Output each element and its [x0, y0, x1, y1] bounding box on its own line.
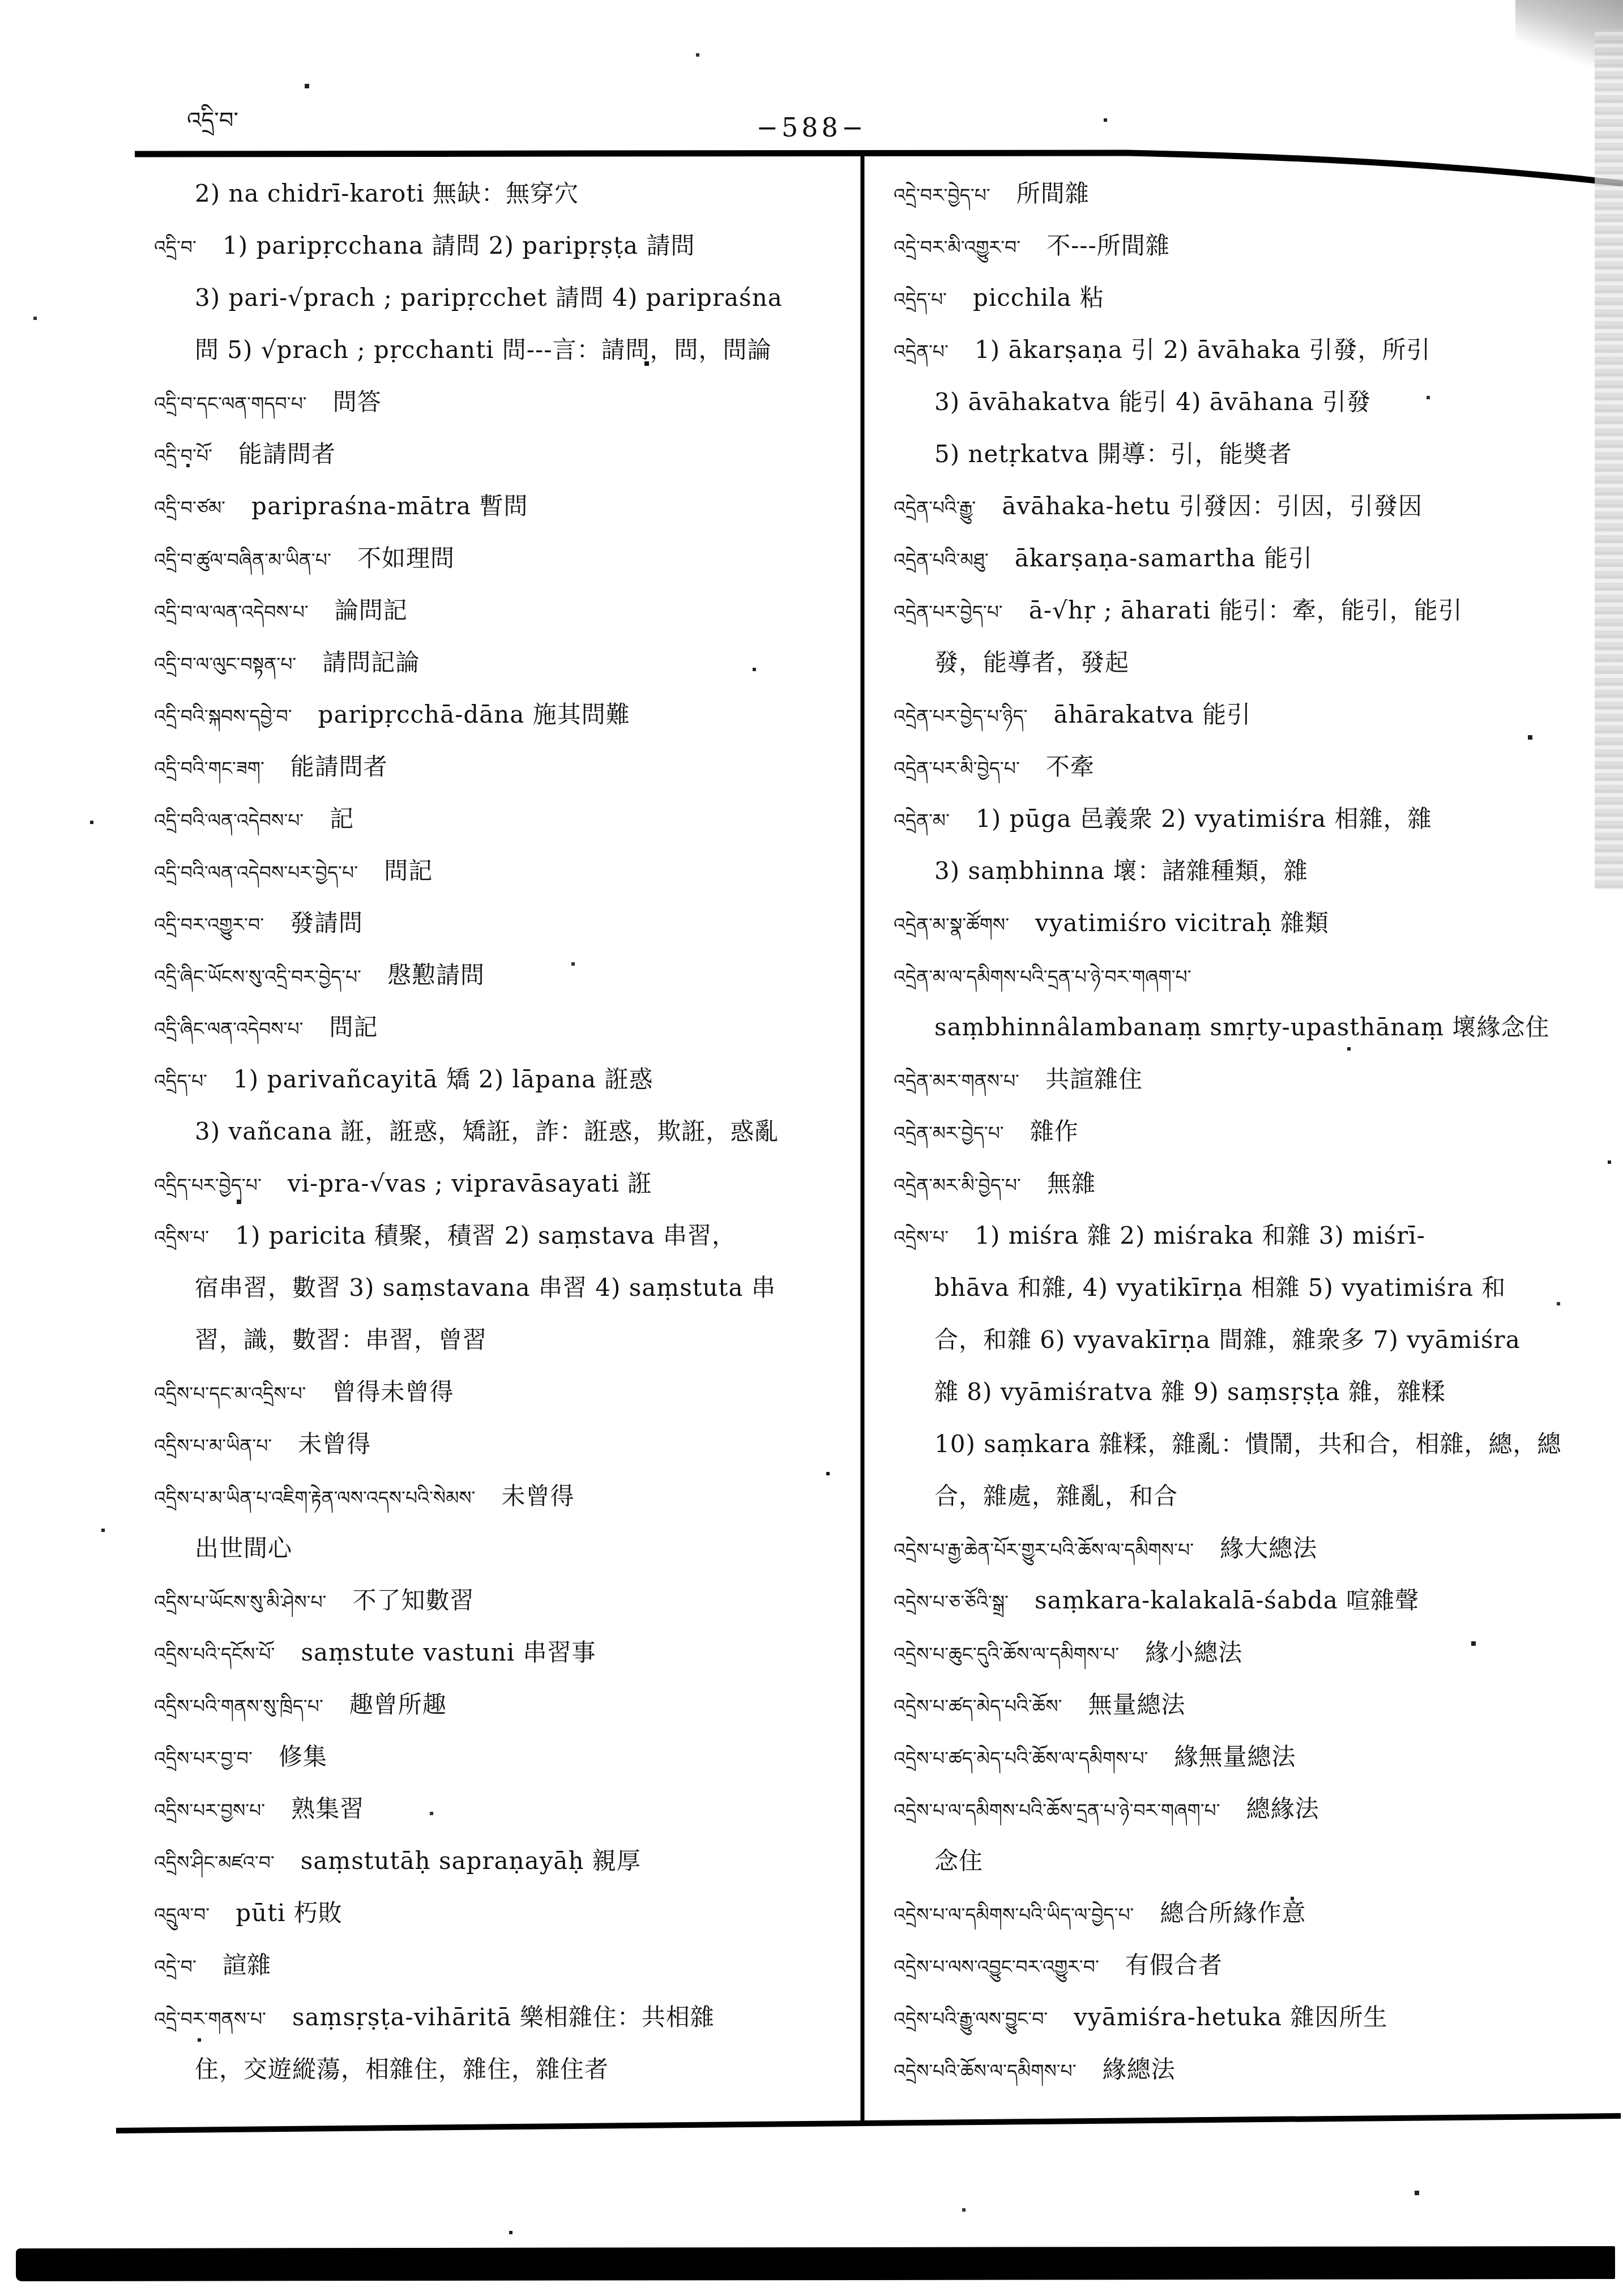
- tibetan-headword: འདྲེས་པ་རྒྱ་ཆེན་པོར་གྱུར་པའི་ཆོས་ལ་དམིགས…: [894, 1539, 1194, 1561]
- entry-line: འདྲེས་པའི་རྒྱུ་ལས་བྱུང་བ་vyāmiśra-hetuka…: [894, 1991, 1616, 2043]
- gloss-text: 1) ākarṣaṇa 引 2) āvāhaka 引發，所引: [975, 336, 1431, 364]
- tibetan-headword: འདྲེས་པ་ལས་འབྱུང་བར་འགྱུར་བ་: [894, 1956, 1099, 1978]
- gloss-text: 雜作: [1030, 1117, 1079, 1145]
- gloss-text: 未曾得: [502, 1482, 575, 1510]
- tibetan-headword: འདྲུལ་བ་: [154, 1904, 210, 1926]
- gloss-text: 5) netṛkatva 開導：引，能奬者: [934, 440, 1292, 468]
- tibetan-headword: འདྲི་བའི་གང་ཟག་: [154, 757, 264, 779]
- tibetan-headword: འདྲིས་པ་ཡོངས་སུ་མི་ཤེས་པ་: [154, 1591, 327, 1613]
- tibetan-headword: འདྲི་བའི་ལན་འདེབས་པར་བྱེད་པ་: [154, 861, 358, 884]
- tibetan-headword: འདྲེན་པའི་མཐུ་: [894, 549, 989, 571]
- entry-line: འདྲུལ་བ་pūti 朽敗: [154, 1887, 853, 1939]
- gloss-text: 出世間心: [195, 1534, 292, 1562]
- dictionary-page: འདྲི་བ་ −588− 2) na chidrī-karoti 無缺：無穿穴…: [0, 0, 1623, 2296]
- entry-line: འདྲིས་པ་1) paricita 積聚，積習 2) saṃstava 串習…: [154, 1210, 853, 1262]
- gloss-text: 緣總法: [1103, 2055, 1176, 2083]
- entry-line: འདྲེ་བར་བྱེད་པ་所間雜: [894, 168, 1616, 220]
- entry-line: འདྲེས་པ་ལ་དམིགས་པའི་ཡིད་ལ་བྱེད་པ་總合所緣作意: [894, 1887, 1616, 1939]
- entry-line: འདྲི་བ་ཙམ་paripraśna-mātra 暫問: [154, 480, 853, 532]
- tibetan-headword: འདྲི་བ་དང་ལན་གདབ་པ་: [154, 392, 307, 415]
- tibetan-headword: འདྲེན་པར་བྱེད་པ་ཉིད་: [894, 705, 1027, 727]
- gloss-text: 不了知數習: [353, 1586, 475, 1614]
- entry-line: 3) saṃbhinna 壞：諸雜種類，雜: [894, 845, 1616, 897]
- entry-line: 3) āvāhakatva 能引 4) āvāhana 引發: [894, 376, 1616, 428]
- tibetan-headword: འདྲིས་པར་བྱ་བ་: [154, 1747, 253, 1769]
- entry-line: འདྲི་བའི་སྐབས་དབྱེ་བ་paripṛcchā-dāna 施其問…: [154, 689, 853, 741]
- tibetan-headword: འདྲི་བ་ལ་ལན་འདེབས་པ་: [154, 601, 309, 623]
- entry-line: 合，和雜 6) vyavakīrṇa 間雜，雜衆多 7) vyāmiśra: [894, 1314, 1616, 1366]
- tibetan-headword: འདྲིས་པ་མ་ཡིན་པ་འཇིག་རྟེན་ལས་འདས་པའི་སེམ…: [154, 1487, 476, 1509]
- entry-line: འདྲེན་པའི་མཐུ་ākarṣaṇa-samartha 能引: [894, 532, 1616, 584]
- gloss-text: 無量總法: [1088, 1691, 1186, 1718]
- entry-line: འདྲེས་པ་ཆུང་དུའི་ཆོས་ལ་དམིགས་པ་緣小總法: [894, 1627, 1616, 1679]
- tibetan-headword: འདྲི་བར་འགྱུར་བ་: [154, 914, 264, 936]
- gloss-text: 念住: [934, 1847, 983, 1875]
- scan-edge-right: [1595, 28, 1623, 889]
- gloss-text: 論問記: [335, 596, 408, 624]
- entry-line: འདྲིས་པའི་དངོས་པོ་saṃstute vastuni 串習事: [154, 1627, 853, 1679]
- gloss-text: 諠雜: [223, 1951, 271, 1979]
- entry-line: འདྲེ་བ་諠雜: [154, 1939, 853, 1991]
- gloss-text: 曾得未曾得: [332, 1378, 454, 1406]
- gloss-text: saṃbhinnâlambanaṃ smṛty-upasthānaṃ 壞緣念住: [934, 1013, 1549, 1041]
- tibetan-headword: འདྲེན་མ་: [894, 809, 950, 831]
- entry-line: འདྲི་ཞིང་ལན་འདེབས་པ་問記: [154, 1001, 853, 1053]
- tibetan-headword: འདྲེད་པ་: [894, 288, 947, 310]
- tibetan-headword: འདྲེས་པ་: [894, 1226, 949, 1248]
- tibetan-headword: འདྲི་བ་: [154, 236, 197, 258]
- entry-line: འདྲེན་པ་1) ākarṣaṇa 引 2) āvāhaka 引發，所引: [894, 324, 1616, 376]
- entry-line: འདྲེས་པའི་ཆོས་ལ་དམིགས་པ་緣總法: [894, 2043, 1616, 2096]
- gloss-text: 總合所緣作意: [1160, 1899, 1306, 1927]
- entry-line: འདྲིས་པར་བྱས་པ་熟集習: [154, 1783, 853, 1835]
- entry-line: འདྲི་བ་1) paripṛcchana 請問 2) paripṛṣṭa 請…: [154, 220, 853, 272]
- entry-line: bhāva 和雜, 4) vyatikīrṇa 相雜 5) vyatimiśra…: [894, 1262, 1616, 1314]
- gloss-text: āvāhaka-hetu 引發因：引因，引發因: [1002, 492, 1423, 520]
- tibetan-headword: འདྲི་བ་པོ་: [154, 445, 212, 467]
- entry-line: 2) na chidrī-karoti 無缺：無穿穴: [154, 168, 853, 220]
- tibetan-headword: འདྲིད་པར་བྱེད་པ་: [154, 1174, 262, 1196]
- entry-line: 住，交遊縱蕩，相雜住，雜住，雜住者: [154, 2043, 853, 2096]
- entry-line: འདྲེན་མར་བྱེད་པ་雜作: [894, 1106, 1616, 1158]
- entry-line: འདྲེས་པ་ཚད་མེད་པའི་ཆོས་無量總法: [894, 1679, 1616, 1731]
- tibetan-headword: འདྲེན་མར་མི་བྱེད་པ་: [894, 1174, 1021, 1196]
- tibetan-headword: འདྲིས་པའི་དངོས་པོ་: [154, 1643, 275, 1665]
- entry-line: འདྲིས་པར་བྱ་བ་修集: [154, 1731, 853, 1783]
- tibetan-headword: འདྲེན་མ་སྣ་ཚོགས་: [894, 914, 1009, 936]
- gloss-text: 問 5) √prach ; pṛcchanti 問---言：請問，問，問論: [195, 336, 771, 364]
- entry-line: འདྲེས་པ་ལ་དམིགས་པའི་ཆོས་དྲན་པ་ཉེ་བར་གཞག་…: [894, 1783, 1616, 1835]
- gloss-text: picchila 粘: [973, 284, 1104, 311]
- entry-line: འདྲིས་པའི་གནས་སུ་ཁྲིད་པ་趣曾所趣: [154, 1679, 853, 1731]
- entry-line: འདྲེས་པ་1) miśra 雜 2) miśraka 和雜 3) miśr…: [894, 1210, 1616, 1262]
- gloss-text: ā-√hṛ ; āharati 能引：牽，能引，能引: [1029, 596, 1463, 624]
- gloss-text: 1) miśra 雜 2) miśraka 和雜 3) miśrī-: [975, 1222, 1425, 1249]
- tibetan-headword: འདྲེས་པ་ལ་དམིགས་པའི་ཆོས་དྲན་པ་ཉེ་བར་གཞག་…: [894, 1799, 1220, 1821]
- entry-line: འདྲིས་པ་དང་མ་འདྲིས་པ་曾得未曾得: [154, 1366, 853, 1418]
- entry-line: འདྲེ་བར་མི་འགྱུར་བ་不---所間雜: [894, 220, 1616, 272]
- entry-line: འདྲེས་པ་ལས་འབྱུང་བར་འགྱུར་བ་有假合者: [894, 1939, 1616, 1991]
- entry-line: འདྲེན་མ་སྣ་ཚོགས་vyatimiśro vicitraḥ 雜類: [894, 897, 1616, 949]
- entry-line: འདྲེན་པར་བྱེད་པ་ཉིད་āhārakatva 能引: [894, 689, 1616, 741]
- tibetan-headword: འདྲེན་པར་མི་བྱེད་པ་: [894, 757, 1020, 779]
- tibetan-headword: འདྲེན་པར་བྱེད་པ་: [894, 601, 1003, 623]
- entry-line: འདྲི་བ་དང་ལན་གདབ་པ་問答: [154, 376, 853, 428]
- gloss-text: 習，識，數習：串習，曾習: [195, 1326, 487, 1354]
- tibetan-headword: འདྲི་བའི་ལན་འདེབས་པ་: [154, 809, 304, 831]
- gloss-text: 1) paripṛcchana 請問 2) paripṛṣṭa 請問: [223, 232, 695, 259]
- gloss-text: saṃkara-kalakalā-śabda 喧雜聲: [1035, 1586, 1419, 1614]
- entry-line: འདྲེན་པར་བྱེད་པ་ā-√hṛ ; āharati 能引：牽，能引，…: [894, 584, 1616, 637]
- tibetan-headword: འདྲིས་པར་བྱས་པ་: [154, 1799, 265, 1821]
- entry-line: འདྲི་བ་ཚུལ་བཞིན་མ་ཡིན་པ་不如理問: [154, 532, 853, 584]
- gloss-text: 問記: [384, 857, 433, 885]
- gloss-text: paripraśna-mātra 暫問: [251, 492, 528, 520]
- tibetan-headword: འདྲེས་པའི་རྒྱུ་ལས་བྱུང་བ་: [894, 2008, 1048, 2030]
- entry-line: འདྲི་བ་པོ་能請問者: [154, 428, 853, 480]
- entry-line: འདྲི་བའི་ལན་འདེབས་པ་記: [154, 793, 853, 845]
- gloss-text: 合，雜處，雜亂，和合: [934, 1482, 1178, 1510]
- entry-line: 發，能導者，發起: [894, 637, 1616, 689]
- entry-line: འདྲེན་པའི་རྒྱུ་āvāhaka-hetu 引發因：引因，引發因: [894, 480, 1616, 532]
- tibetan-headword: འདྲེ་བར་མི་འགྱུར་བ་: [894, 236, 1020, 258]
- entry-line: 出世間心: [154, 1522, 853, 1574]
- gloss-text: 雜 8) vyāmiśratva 雜 9) saṃsṛṣṭa 雜，雜糅: [934, 1378, 1446, 1406]
- tibetan-headword: འདྲི་བ་ལ་ལུང་བསྟན་པ་: [154, 653, 296, 675]
- gloss-text: 總緣法: [1246, 1795, 1319, 1823]
- tibetan-headword: འདྲེན་མ་ལ་དམིགས་པའི་དྲན་པ་ཉེ་བར་གཞག་པ་: [894, 966, 1191, 988]
- tibetan-headword: འདྲིད་པ་: [154, 1070, 207, 1092]
- tibetan-headword: འདྲེས་པ་ཚད་མེད་པའི་ཆོས་: [894, 1695, 1062, 1717]
- entry-line: 3) vañcana 誑，誑惑，矯誑，詐：誑惑，欺誑，惑亂: [154, 1106, 853, 1158]
- gloss-text: 趣曾所趣: [349, 1691, 447, 1718]
- gloss-text: vi-pra-√vas ; vipravāsayati 誑: [288, 1170, 652, 1197]
- tibetan-headword: འདྲིས་པ་: [154, 1226, 209, 1248]
- gloss-text: saṃstutāḥ sapraṇayāḥ 親厚: [301, 1847, 641, 1875]
- gloss-text: 緣小總法: [1145, 1638, 1242, 1666]
- gloss-text: 問記: [330, 1013, 378, 1041]
- entry-line: འདྲིས་པ་མ་ཡིན་པ་འཇིག་རྟེན་ལས་འདས་པའི་སེམ…: [154, 1470, 853, 1522]
- entry-line: saṃbhinnâlambanaṃ smṛty-upasthānaṃ 壞緣念住: [894, 1001, 1616, 1053]
- gloss-text: 熟集習: [291, 1795, 364, 1823]
- entry-line: འདྲེས་པ་རྒྱ་ཆེན་པོར་གྱུར་པའི་ཆོས་ལ་དམིགས…: [894, 1522, 1616, 1574]
- tibetan-headword: འདྲི་ཞིང་ཡོངས་སུ་འདྲི་བར་བྱེད་པ་: [154, 966, 361, 988]
- gloss-text: 記: [330, 805, 354, 833]
- entry-line: འདྲེས་པ་ཅ་ཅོའི་སྒྲ་saṃkara-kalakalā-śabd…: [894, 1574, 1616, 1627]
- gloss-text: 共諠雜住: [1045, 1065, 1143, 1093]
- tibetan-headword: འདྲི་ཞིང་ལན་འདེབས་པ་: [154, 1018, 304, 1040]
- tibetan-headword: འདྲིས་པ་དང་མ་འདྲིས་པ་: [154, 1382, 306, 1405]
- gloss-text: 無雜: [1047, 1170, 1096, 1197]
- entry-line: 雜 8) vyāmiśratva 雜 9) saṃsṛṣṭa 雜，雜糅: [894, 1366, 1616, 1418]
- gloss-text: 請問記論: [322, 648, 420, 676]
- gloss-text: 1) parivañcayitā 矯 2) lāpana 誑惑: [233, 1065, 653, 1093]
- entry-line: འདྲེན་མ་ལ་དམིགས་པའི་དྲན་པ་ཉེ་བར་གཞག་པ་: [894, 949, 1616, 1001]
- scan-speckles: [0, 0, 2, 2]
- entry-line: 10) saṃkara 雜糅，雜亂：憒鬧，共和合，相雜，總，總: [894, 1418, 1616, 1470]
- gloss-text: 發，能導者，發起: [934, 648, 1129, 676]
- entry-line: འདྲེན་པར་མི་བྱེད་པ་不牽: [894, 741, 1616, 793]
- entry-line: འདྲི་བར་འགྱུར་བ་發請問: [154, 897, 853, 949]
- gloss-text: 緣大總法: [1220, 1534, 1317, 1562]
- entry-line: འདྲི་ཞིང་ཡོངས་སུ་འདྲི་བར་བྱེད་པ་慇懃請問: [154, 949, 853, 1001]
- gloss-text: 不如理問: [357, 544, 455, 572]
- tibetan-headword: འདྲེས་པ་ཚད་མེད་པའི་ཆོས་ལ་དམིགས་པ་: [894, 1747, 1148, 1769]
- gloss-text: 有假合者: [1125, 1951, 1223, 1979]
- gloss-text: saṃsṛṣṭa-vihāritā 樂相雜住：共相雜: [292, 2003, 715, 2031]
- gloss-text: 10) saṃkara 雜糅，雜亂：憒鬧，共和合，相雜，總，總: [934, 1430, 1562, 1458]
- entry-line: འདྲེན་མ་1) pūga 邑義衆 2) vyatimiśra 相雜，雜: [894, 793, 1616, 845]
- entry-line: 3) pari-√prach ; paripṛcchet 請問 4) parip…: [154, 272, 853, 324]
- tibetan-headword: འདྲེས་པ་ཅ་ཅོའི་སྒྲ་: [894, 1591, 1009, 1613]
- tibetan-headword: འདྲིས་ཤིང་མཛའ་བ་: [154, 1851, 275, 1873]
- scan-bar-bottom: [16, 2246, 1615, 2281]
- gloss-text: 不---所間雜: [1047, 232, 1170, 259]
- entry-line: འདྲེན་མར་མི་བྱེད་པ་無雜: [894, 1158, 1616, 1210]
- entry-line: 5) netṛkatva 開導：引，能奬者: [894, 428, 1616, 480]
- entry-line: 合，雜處，雜亂，和合: [894, 1470, 1616, 1522]
- tibetan-headword: འདྲེན་པ་: [894, 340, 949, 362]
- tibetan-headword: འདྲེས་པ་ལ་དམིགས་པའི་ཡིད་ལ་བྱེད་པ་: [894, 1904, 1134, 1926]
- gloss-text: 能請問者: [238, 440, 336, 468]
- gloss-text: 能請問者: [291, 753, 388, 780]
- tibetan-headword: འདྲེན་མར་གནས་པ་: [894, 1070, 1019, 1092]
- tibetan-headword: འདྲིས་པའི་གནས་སུ་ཁྲིད་པ་: [154, 1695, 323, 1717]
- gloss-text: 問答: [333, 388, 382, 416]
- gloss-text: 3) vañcana 誑，誑惑，矯誑，詐：誑惑，欺誑，惑亂: [195, 1117, 779, 1145]
- gloss-text: bhāva 和雜, 4) vyatikīrṇa 相雜 5) vyatimiśra…: [934, 1274, 1506, 1301]
- gloss-text: pūti 朽敗: [236, 1899, 343, 1927]
- right-column: འདྲེ་བར་བྱེད་པ་所間雜འདྲེ་བར་མི་འགྱུར་བ་不--…: [894, 168, 1616, 2096]
- tibetan-headword: འདྲེ་བར་བྱེད་པ་: [894, 184, 990, 206]
- entry-line: འདྲེན་མར་གནས་པ་共諠雜住: [894, 1053, 1616, 1106]
- gloss-text: 合，和雜 6) vyavakīrṇa 間雜，雜衆多 7) vyāmiśra: [934, 1326, 1521, 1354]
- gloss-text: 慇懃請問: [387, 961, 485, 989]
- gloss-text: 未曾得: [298, 1430, 371, 1458]
- entry-line: འདྲིས་པ་ཡོངས་སུ་མི་ཤེས་པ་不了知數習: [154, 1574, 853, 1627]
- left-column: 2) na chidrī-karoti 無缺：無穿穴འདྲི་བ་1) pari…: [154, 168, 853, 2096]
- gloss-text: 1) paricita 積聚，積習 2) saṃstava 串習，: [235, 1222, 736, 1249]
- entry-line: འདྲེད་པ་picchila 粘: [894, 272, 1616, 324]
- gloss-text: ākarṣaṇa-samartha 能引: [1015, 544, 1313, 572]
- gloss-text: paripṛcchā-dāna 施其問難: [318, 701, 630, 728]
- entry-line: འདྲི་བ་ལ་ལུང་བསྟན་པ་請問記論: [154, 637, 853, 689]
- gloss-text: 發請問: [290, 909, 363, 937]
- tibetan-headword: འདྲེན་མར་བྱེད་པ་: [894, 1122, 1004, 1144]
- gloss-text: 3) āvāhakatva 能引 4) āvāhana 引發: [934, 388, 1371, 416]
- entry-line: འདྲེ་བར་གནས་པ་saṃsṛṣṭa-vihāritā 樂相雜住：共相雜: [154, 1991, 853, 2043]
- tibetan-headword: འདྲི་བའི་སྐབས་དབྱེ་བ་: [154, 705, 292, 727]
- gloss-text: vyāmiśra-hetuka 雜因所生: [1074, 2003, 1387, 2031]
- entry-line: 宿串習，數習 3) saṃstavana 串習 4) saṃstuta 串: [154, 1262, 853, 1314]
- gloss-text: 1) pūga 邑義衆 2) vyatimiśra 相雜，雜: [976, 805, 1432, 833]
- entry-line: འདྲིད་པ་1) parivañcayitā 矯 2) lāpana 誑惑: [154, 1053, 853, 1106]
- tibetan-headword: འདྲེས་པ་ཆུང་དུའི་ཆོས་ལ་དམིགས་པ་: [894, 1643, 1119, 1665]
- tibetan-headword: འདྲི་བ་ཙམ་: [154, 497, 225, 519]
- gloss-text: 宿串習，數習 3) saṃstavana 串習 4) saṃstuta 串: [195, 1274, 776, 1301]
- tibetan-headword: འདྲེ་བ་: [154, 1956, 197, 1978]
- entry-line: འདྲིས་ཤིང་མཛའ་བ་saṃstutāḥ sapraṇayāḥ 親厚: [154, 1835, 853, 1887]
- bottom-rule: [116, 2116, 1621, 2131]
- tibetan-headword: འདྲེན་པའི་རྒྱུ་: [894, 497, 976, 519]
- gloss-text: 3) saṃbhinna 壞：諸雜種類，雜: [934, 857, 1308, 885]
- tibetan-headword: འདྲེས་པའི་ཆོས་ལ་དམིགས་པ་: [894, 2060, 1077, 2082]
- tibetan-headword: འདྲི་བ་ཚུལ་བཞིན་མ་ཡིན་པ་: [154, 549, 331, 571]
- gloss-text: 2) na chidrī-karoti 無缺：無穿穴: [195, 180, 579, 207]
- tibetan-headword: འདྲེ་བར་གནས་པ་: [154, 2008, 266, 2030]
- entry-line: འདྲི་བ་ལ་ལན་འདེབས་པ་論問記: [154, 584, 853, 637]
- entry-line: འདྲིས་པ་མ་ཡིན་པ་未曾得: [154, 1418, 853, 1470]
- gloss-text: 3) pari-√prach ; paripṛcchet 請問 4) parip…: [195, 284, 783, 311]
- entry-line: 問 5) √prach ; pṛcchanti 問---言：請問，問，問論: [154, 324, 853, 376]
- entry-line: 習，識，數習：串習，曾習: [154, 1314, 853, 1366]
- gloss-text: saṃstute vastuni 串習事: [301, 1638, 596, 1666]
- tibetan-headword: འདྲིས་པ་མ་ཡིན་པ་: [154, 1435, 272, 1457]
- entry-line: འདྲི་བའི་ལན་འདེབས་པར་བྱེད་པ་問記: [154, 845, 853, 897]
- gloss-text: 修集: [279, 1743, 327, 1770]
- gloss-text: 不牽: [1046, 753, 1095, 780]
- entry-line: འདྲིད་པར་བྱེད་པ་vi-pra-√vas ; vipravāsay…: [154, 1158, 853, 1210]
- gloss-text: 緣無量總法: [1174, 1743, 1296, 1770]
- gloss-text: vyatimiśro vicitraḥ 雜類: [1035, 909, 1329, 937]
- gloss-text: 住，交遊縱蕩，相雜住，雜住，雜住者: [195, 2055, 609, 2083]
- entry-line: འདྲི་བའི་གང་ཟག་能請問者: [154, 741, 853, 793]
- gloss-text: āhārakatva 能引: [1053, 701, 1251, 728]
- entry-line: 念住: [894, 1835, 1616, 1887]
- gloss-text: 所間雜: [1016, 180, 1090, 207]
- entry-line: འདྲེས་པ་ཚད་མེད་པའི་ཆོས་ལ་དམིགས་པ་緣無量總法: [894, 1731, 1616, 1783]
